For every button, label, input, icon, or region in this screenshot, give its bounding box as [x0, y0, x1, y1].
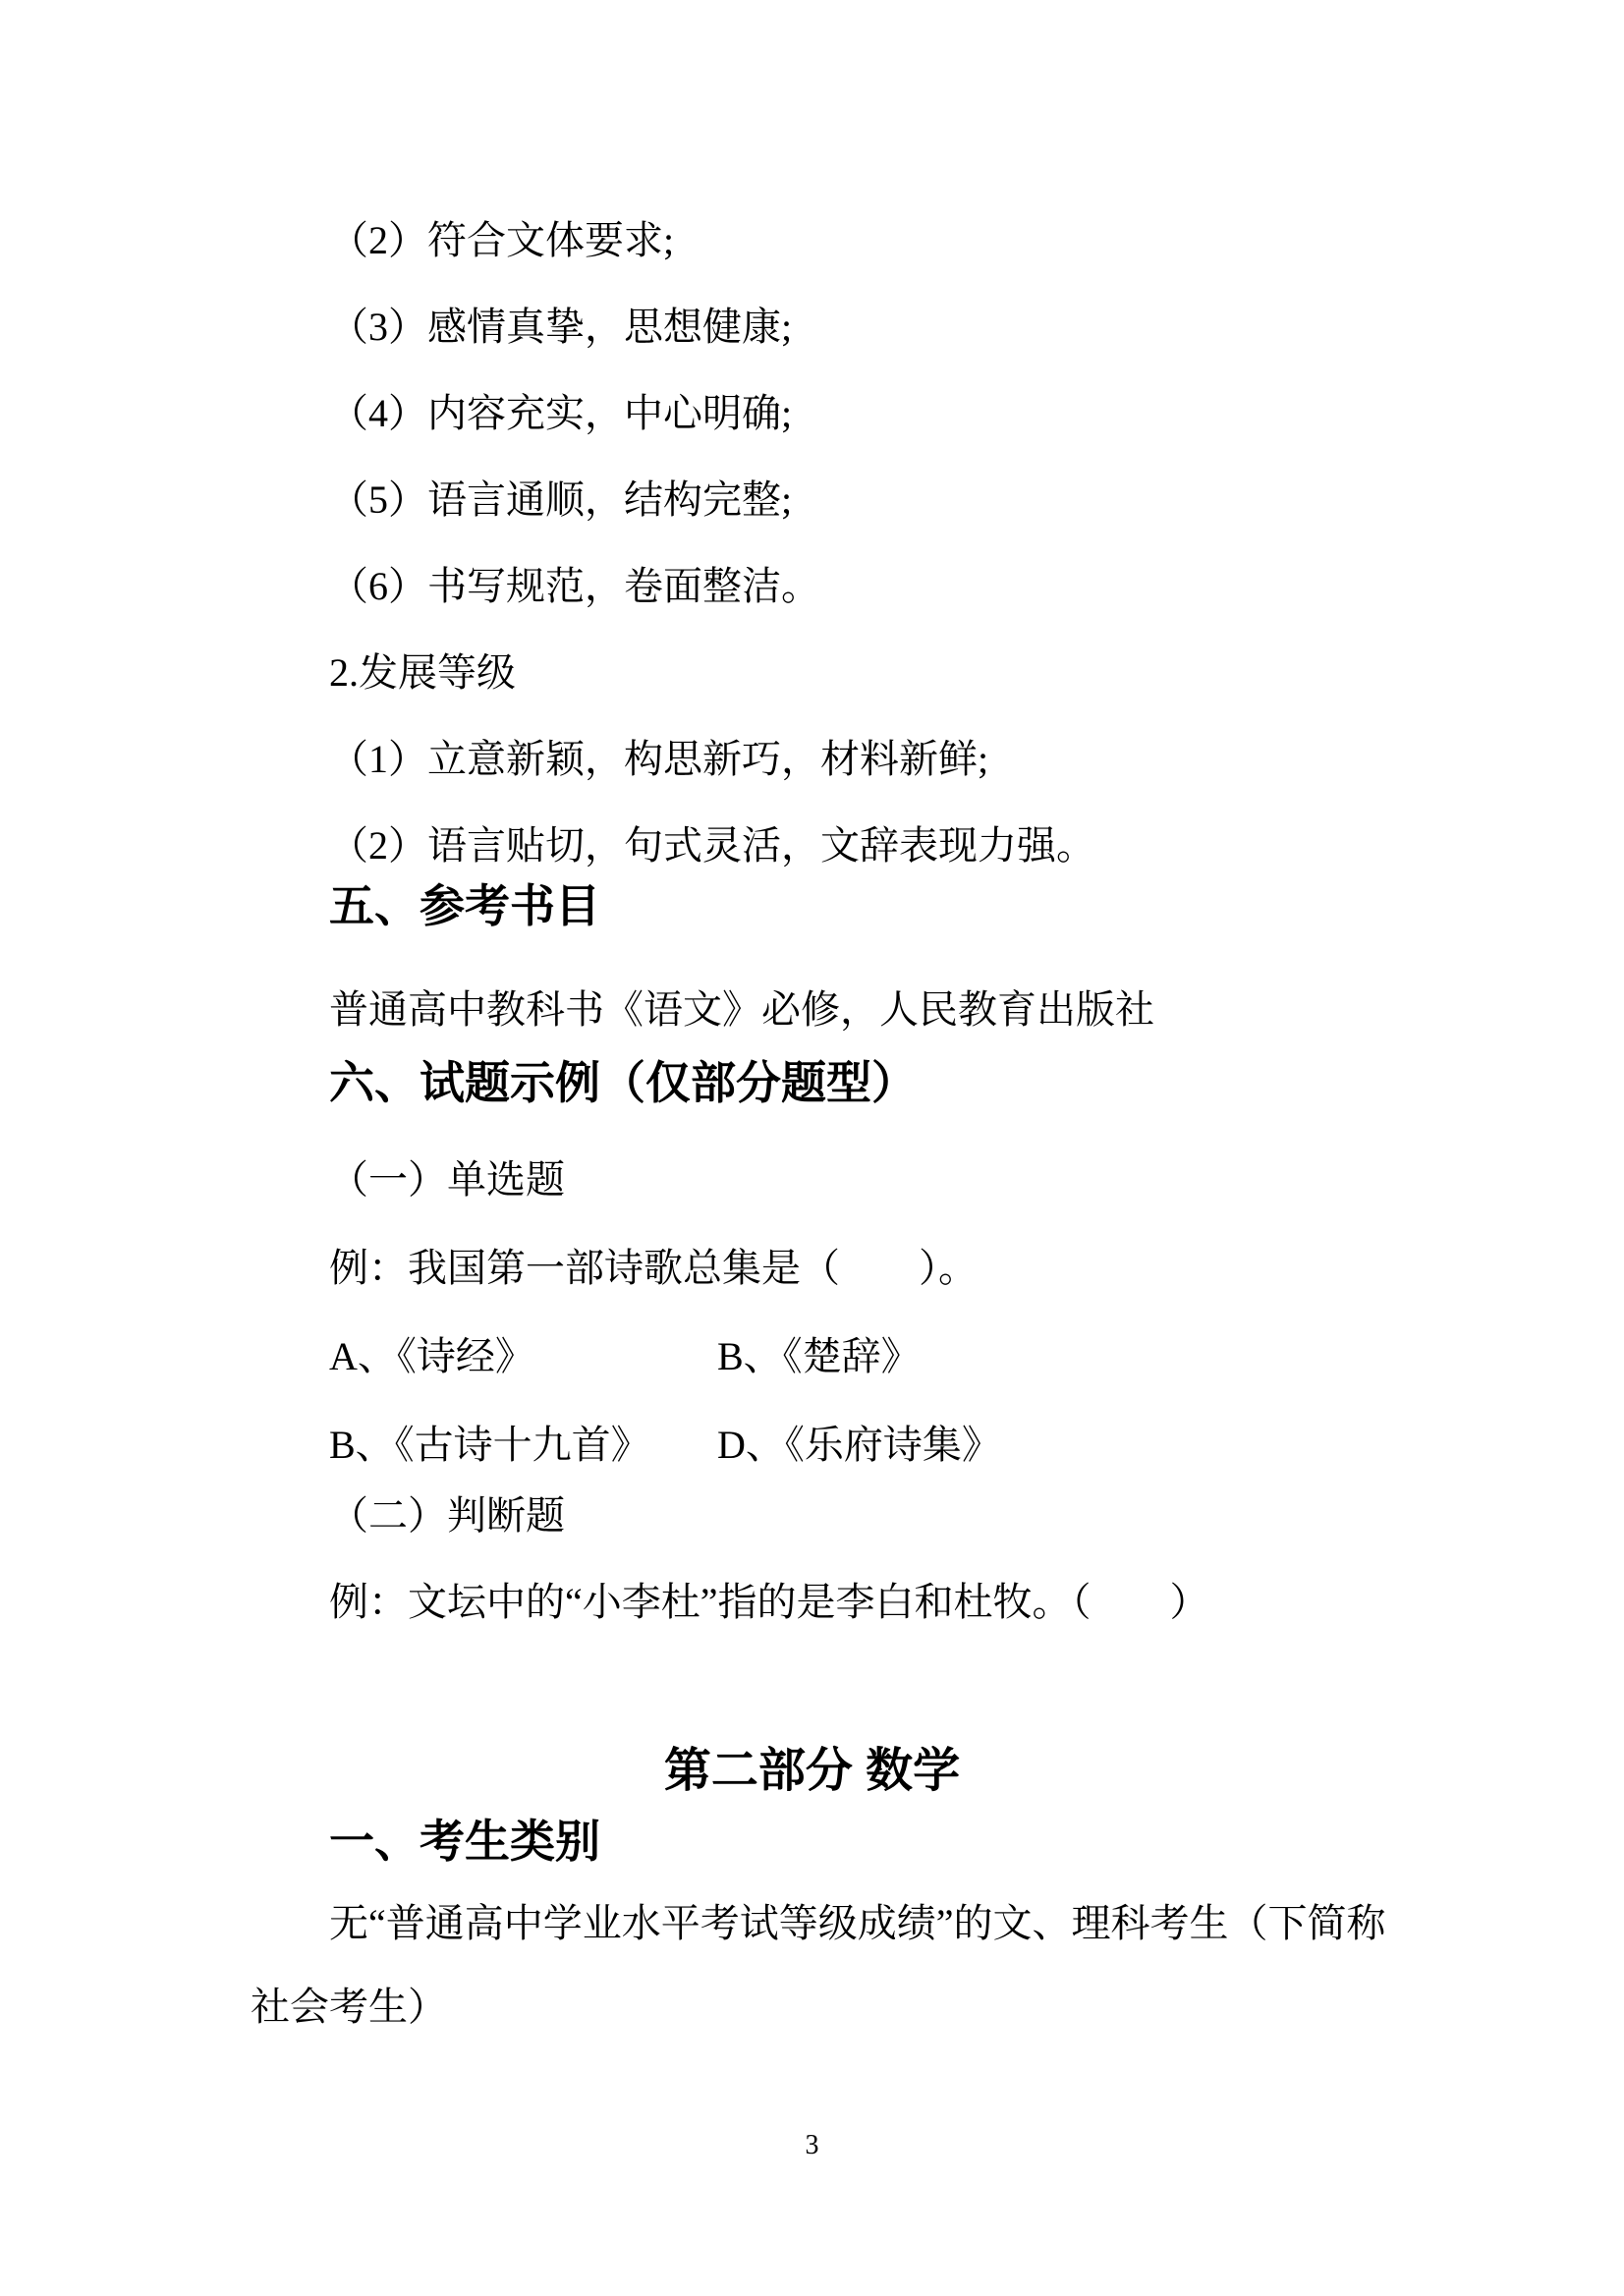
development-item-2: （2）语言贴切，句式灵活，文辞表现力强。 [251, 823, 1095, 868]
candidate-category-line-2: 社会考生） [251, 1985, 447, 2030]
document-page: （2）符合文体要求; （3）感情真挚，思想健康; （4）内容充实，中心明确; （… [0, 0, 1624, 2296]
part-2-title: 第二部分 数学 [0, 1744, 1624, 1798]
reference-book-line: 普通高中教科书《语文》必修，人民教育出版社 [251, 987, 1154, 1033]
grading-item-4: （4）内容充实，中心明确; [251, 391, 792, 436]
option-b2: B、《古诗十九首》 [329, 1423, 717, 1468]
grading-item-2: （2）符合文体要求; [251, 218, 674, 263]
option-row-1: A、《诗经》 B、《楚辞》 [251, 1334, 921, 1379]
development-level-label: 2.发展等级 [251, 650, 516, 696]
subsection-heading-single-choice: （一）单选题 [251, 1157, 565, 1203]
page-number: 3 [0, 2130, 1624, 2161]
option-b: B、《楚辞》 [717, 1334, 921, 1379]
option-row-2: B、《古诗十九首》 D、《乐府诗集》 [251, 1423, 1001, 1468]
development-item-1: （1）立意新颖，构思新巧，材料新鲜; [251, 737, 988, 782]
single-choice-example-question: 例：我国第一部诗歌总集是（ ）。 [251, 1246, 978, 1291]
grading-item-3: （3）感情真挚，思想健康; [251, 305, 792, 350]
section-heading-reference-books: 五、参考书目 [251, 880, 600, 932]
grading-item-5: （5）语言通顺，结构完整; [251, 477, 792, 523]
section-heading-sample-questions: 六、试题示例（仅部分题型） [251, 1057, 917, 1109]
candidate-category-line-1: 无“普通高中学业水平考试等级成绩”的文、理科考生（下简称 [251, 1901, 1386, 1946]
section-heading-candidate-category: 一、考生类别 [251, 1816, 600, 1868]
option-a: A、《诗经》 [329, 1334, 717, 1379]
judgment-example-question: 例：文坛中的“小李杜”指的是李白和杜牧。（ ） [251, 1580, 1209, 1625]
subsection-heading-judgment: （二）判断题 [251, 1493, 565, 1539]
option-d: D、《乐府诗集》 [717, 1423, 1001, 1468]
grading-item-6: （6）书写规范，卷面整洁。 [251, 564, 820, 609]
